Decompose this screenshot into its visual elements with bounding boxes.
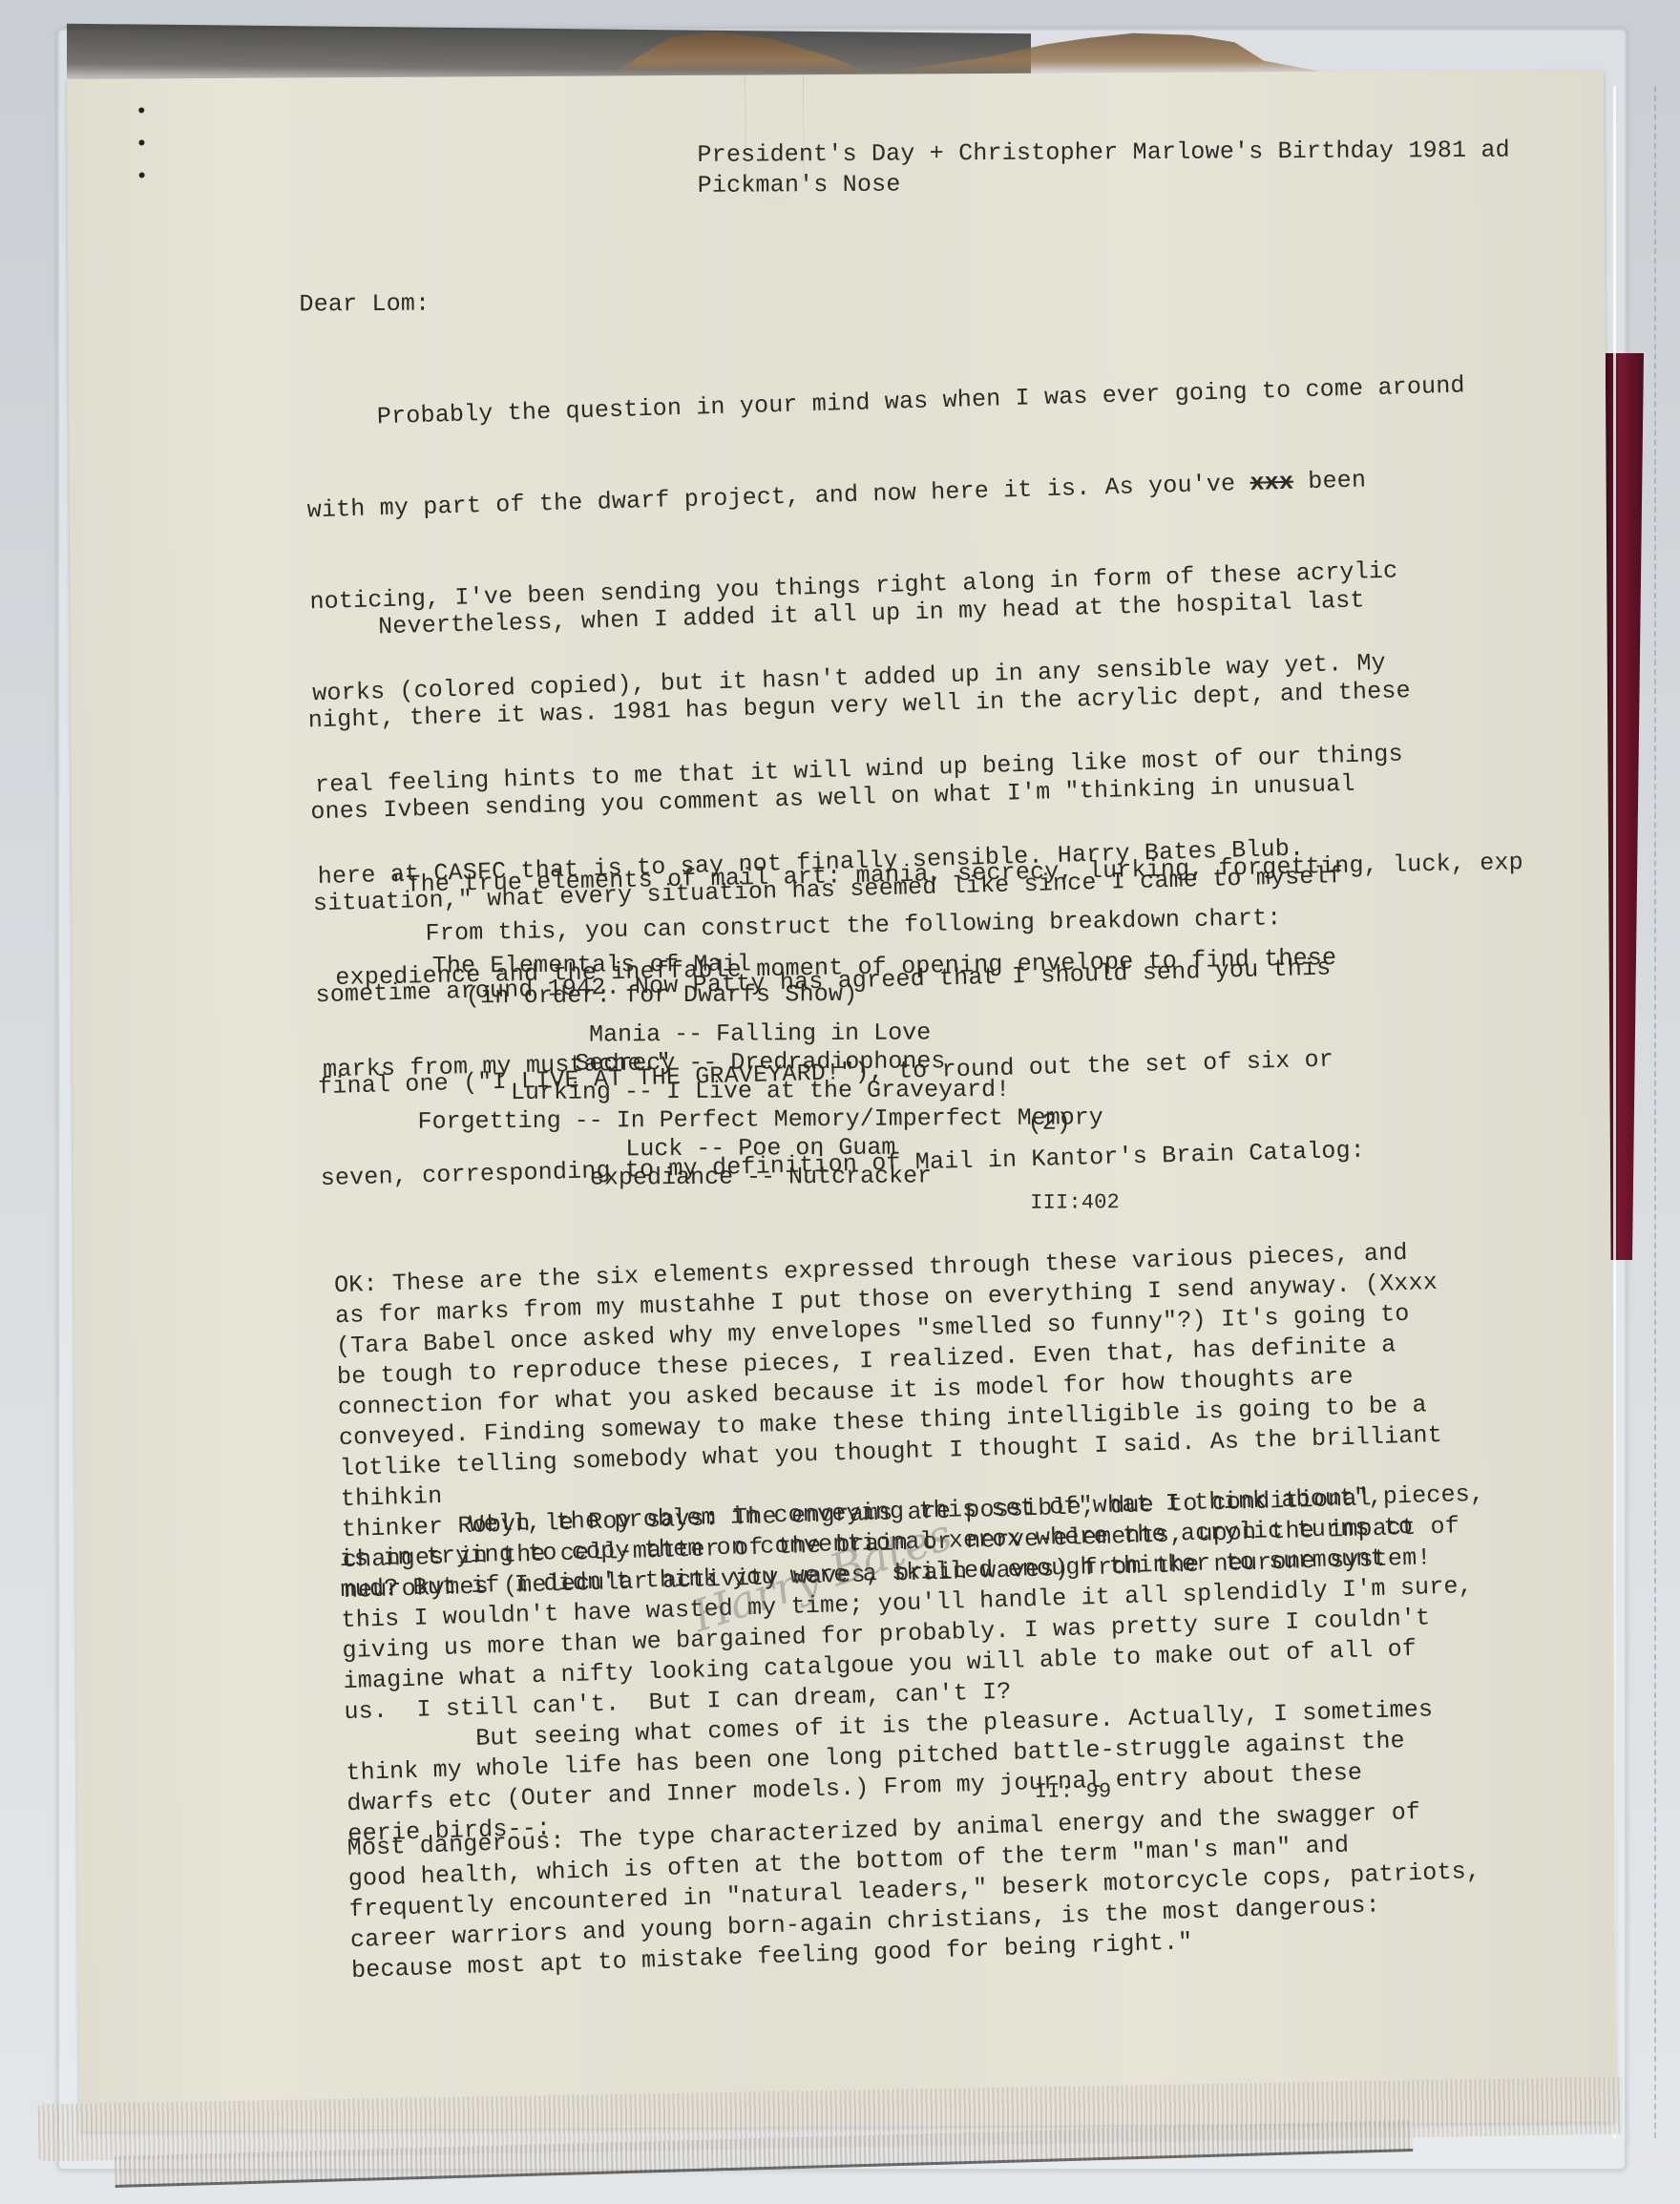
elemental-row: Lurking--I Live at the Graveyard! bbox=[426, 1075, 1094, 1107]
element-name: Forgetting bbox=[418, 1107, 561, 1137]
element-name: Secrecy bbox=[575, 1049, 675, 1079]
piece-title: Dredradiophones bbox=[730, 1047, 945, 1077]
salutation: Dear Lom: bbox=[299, 289, 430, 321]
dash-separator: -- bbox=[674, 1020, 703, 1049]
text-line: Nevertheless, when I added it all up in … bbox=[305, 584, 1409, 644]
location: Pickman's Nose bbox=[698, 166, 1511, 201]
dash-separator: -- bbox=[624, 1078, 653, 1106]
text-line: Probably the question in your mind was w… bbox=[304, 370, 1466, 434]
journal-reference-2: II: 99 bbox=[1035, 1776, 1112, 1807]
chart-subtitle: (in order: for Dwarfs Show) bbox=[466, 979, 858, 1013]
element-name: Mania bbox=[589, 1020, 661, 1049]
piece-title: Poe on Guam bbox=[738, 1134, 895, 1164]
elemental-row: Luck--Poe on Guam bbox=[427, 1132, 1095, 1165]
chart-title: The Elementals of Mail bbox=[432, 950, 752, 982]
element-name: Luck bbox=[625, 1135, 682, 1164]
journal-reference-1: III:402 bbox=[1030, 1187, 1120, 1219]
piece-title: I Live at the Graveyard! bbox=[666, 1076, 1010, 1106]
staple-holes bbox=[138, 107, 158, 212]
typed-letter-page: President's Day + Christopher Marlowe's … bbox=[67, 70, 1616, 2131]
piece-title: Falling in Love bbox=[716, 1018, 931, 1048]
element-name: expediance bbox=[590, 1164, 733, 1193]
text-line: night, there it was. 1981 has begun very… bbox=[307, 676, 1411, 736]
element-name: Lurking bbox=[511, 1078, 611, 1107]
elemental-row: Mania--Falling in Love bbox=[426, 1018, 1094, 1050]
forgetting-note: (2) bbox=[1028, 1109, 1071, 1137]
text-segment: been bbox=[1293, 466, 1367, 495]
elemental-row: expediance--Nutcracker bbox=[427, 1161, 1095, 1193]
elemental-row: Forgetting--In Perfect Memory/Imperfect … bbox=[427, 1103, 1095, 1136]
strikeout-text: xxx bbox=[1249, 469, 1293, 497]
sleeve-right-edge bbox=[1613, 86, 1656, 2138]
dash-separator: -- bbox=[575, 1107, 603, 1136]
dash-separator: -- bbox=[746, 1163, 775, 1191]
piece-title: Nutcracker bbox=[788, 1162, 932, 1191]
elementals-list: Mania--Falling in LoveSecrecy--Dredradio… bbox=[426, 1018, 1095, 1193]
text-line: with my part of the dwarf project, and n… bbox=[306, 462, 1468, 526]
text-line: "The true elements of mail art: mania, s… bbox=[319, 848, 1523, 902]
letter-header: President's Day + Christopher Marlowe's … bbox=[697, 136, 1510, 201]
dateline: President's Day + Christopher Marlowe's … bbox=[697, 136, 1510, 171]
dash-separator: -- bbox=[696, 1135, 724, 1164]
text-segment: with my part of the dwarf project, and n… bbox=[306, 470, 1250, 524]
elemental-row: Secrecy--Dredradiophones bbox=[426, 1046, 1094, 1079]
dash-separator: -- bbox=[688, 1049, 717, 1078]
